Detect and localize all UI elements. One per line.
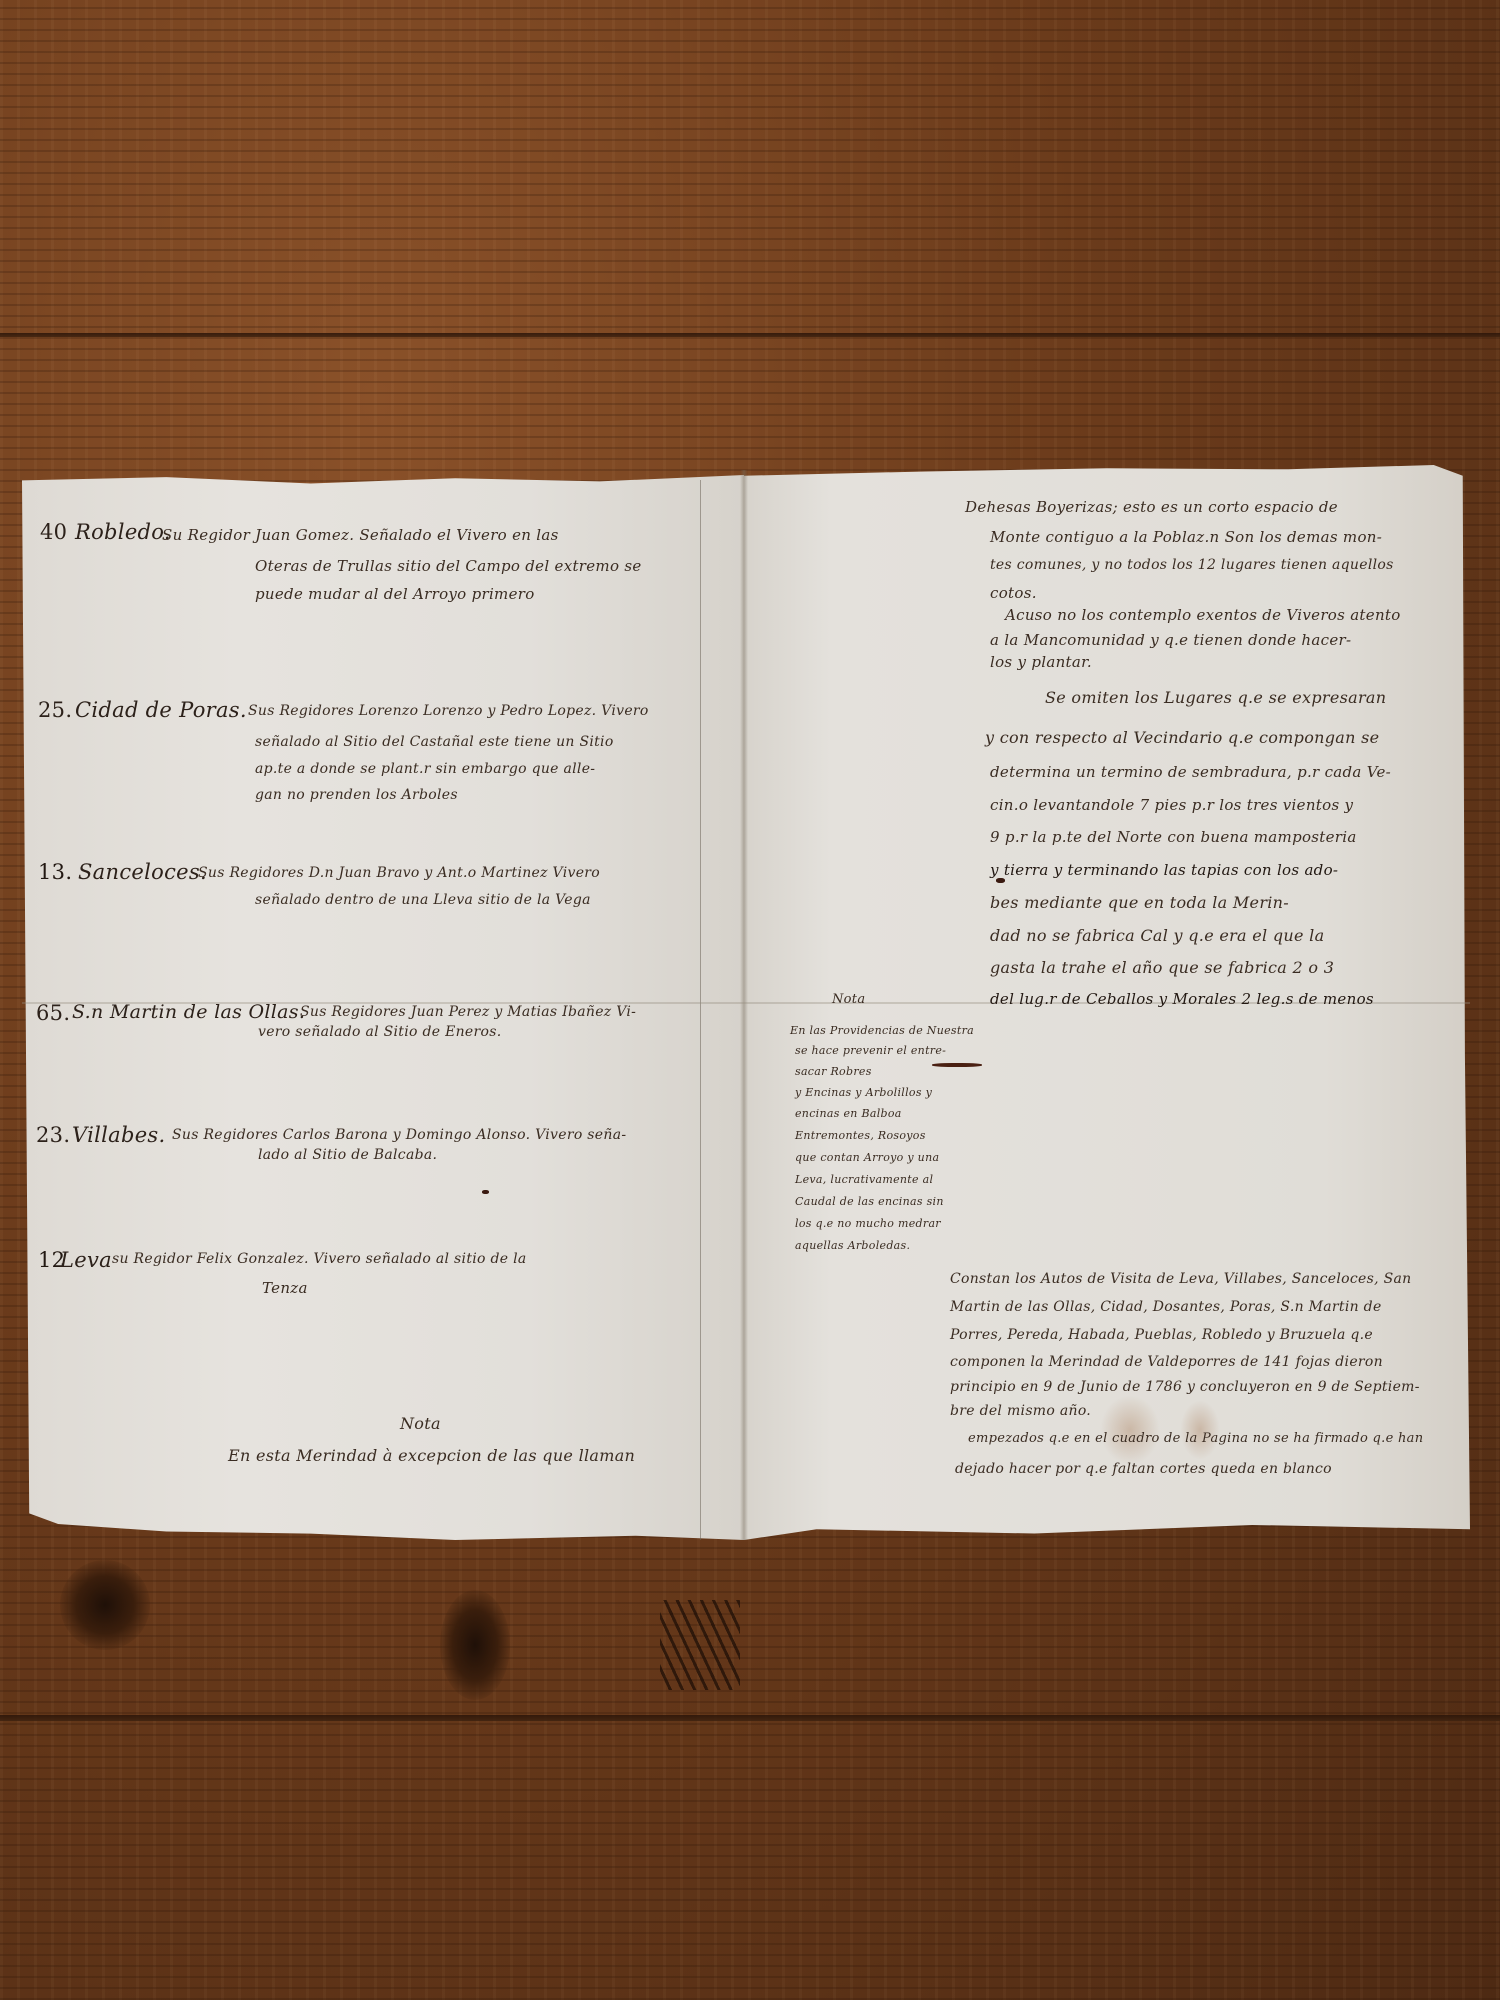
- wood-plank-seam: [0, 333, 1500, 337]
- nota-line: En esta Merindad à excepcion de las que …: [228, 1448, 635, 1464]
- text-line: Dehesas Boyerizas; esto es un corto espa…: [965, 500, 1338, 515]
- entry-number: 25.: [38, 700, 72, 721]
- entry-line: gan no prenden los Arboles: [255, 788, 458, 802]
- text-line: gasta la trahe el año que se fabrica 2 o…: [990, 960, 1334, 976]
- wood-knot: [60, 1560, 150, 1650]
- nota-heading: Nota: [400, 1416, 441, 1432]
- ink-blot: [996, 878, 1005, 883]
- wood-plank-seam: [0, 1715, 1500, 1721]
- entry-line: lado al Sitio de Balcaba.: [258, 1148, 437, 1162]
- entry-line: su Regidor Felix Gonzalez. Vivero señala…: [112, 1252, 527, 1266]
- entry-place: Robledo.: [75, 522, 171, 543]
- text-line: Se omiten los Lugares q.e se expresaran: [1045, 690, 1386, 706]
- side-note-line: Entremontes, Rosoyos: [795, 1130, 926, 1141]
- entry-place: Villabes.: [72, 1125, 166, 1146]
- entry-line: Sus Regidores D.n Juan Bravo y Ant.o Mar…: [198, 866, 600, 880]
- text-line: los y plantar.: [990, 655, 1092, 670]
- entry-line: Sus Regidores Juan Perez y Matias Ibañez…: [300, 1005, 636, 1019]
- text-line: tes comunes, y no todos los 12 lugares t…: [990, 558, 1394, 572]
- entry-line: Su Regidor Juan Gomez. Señalado el Viver…: [162, 528, 559, 543]
- text-line: dad no se fabrica Cal y q.e era el que l…: [990, 928, 1324, 944]
- text-line: determina un termino de sembradura, p.r …: [990, 765, 1391, 780]
- entry-place: S.n Martin de las Ollas.: [72, 1003, 305, 1022]
- entry-line: ap.te a donde se plant.r sin embargo que…: [255, 762, 595, 776]
- entry-line: Oteras de Trullas sitio del Campo del ex…: [255, 559, 642, 574]
- text-line: bes mediante que en toda la Merin-: [990, 895, 1289, 911]
- margin-rule: [700, 480, 701, 1540]
- text-line: Monte contiguo a la Poblaz.n Son los dem…: [990, 530, 1382, 545]
- text-line: principio en 9 de Junio de 1786 y conclu…: [950, 1380, 1420, 1394]
- side-note-line: y Encinas y Arbolillos y: [795, 1087, 932, 1098]
- entry-line: Sus Regidores Carlos Barona y Domingo Al…: [172, 1128, 626, 1142]
- entry-number: 13.: [38, 862, 72, 883]
- entry-place: Cidad de Poras.: [75, 700, 247, 721]
- side-note-line: Caudal de las encinas sin: [795, 1196, 944, 1207]
- text-line: Constan los Autos de Visita de Leva, Vil…: [950, 1272, 1411, 1286]
- entry-line: puede mudar al del Arroyo primero: [255, 587, 535, 602]
- side-note-line: se hace prevenir el entre-: [795, 1045, 946, 1056]
- paper-stain: [1100, 1395, 1160, 1465]
- side-note-line: encinas en Balboa: [795, 1108, 902, 1119]
- text-line: y con respecto al Vecindario q.e compong…: [985, 730, 1379, 746]
- side-note-line: sacar Robres: [795, 1066, 872, 1077]
- entry-place: Sanceloces.: [78, 862, 207, 883]
- entry-line: señalado dentro de una Lleva sitio de la…: [255, 893, 591, 907]
- text-line: empezados q.e en el cuadro de la Pagina …: [968, 1432, 1423, 1445]
- ink-blot: [482, 1190, 489, 1194]
- side-note-line: los q.e no mucho medrar: [795, 1218, 941, 1229]
- side-note-line: Leva, lucrativamente al: [795, 1174, 933, 1185]
- text-line: Porres, Pereda, Habada, Pueblas, Robledo…: [950, 1328, 1373, 1342]
- side-note-line: aquellas Arboledas.: [795, 1240, 910, 1251]
- entry-number: 23.: [36, 1125, 70, 1146]
- entry-line: vero señalado al Sitio de Eneros.: [258, 1025, 501, 1039]
- side-note-line: En las Providencias de Nuestra: [790, 1025, 974, 1036]
- text-line: y tierra y terminando las tapias con los…: [990, 863, 1338, 878]
- entry-line: Sus Regidores Lorenzo Lorenzo y Pedro Lo…: [248, 704, 649, 718]
- wood-knot: [440, 1590, 510, 1700]
- text-line: 9 p.r la p.te del Norte con buena mampos…: [990, 830, 1357, 845]
- entry-number: 40: [40, 522, 67, 543]
- text-line: bre del mismo año.: [950, 1404, 1091, 1418]
- entry-number: 65.: [36, 1003, 70, 1024]
- entry-line: Tenza: [262, 1281, 308, 1296]
- text-line: dejado hacer por q.e faltan cortes queda…: [955, 1462, 1332, 1476]
- text-line: componen la Merindad de Valdeporres de 1…: [950, 1355, 1383, 1369]
- book-spine-fold: [740, 470, 748, 1540]
- entry-line: señalado al Sitio del Castañal este tien…: [255, 735, 614, 749]
- text-line: Martin de las Ollas, Cidad, Dosantes, Po…: [950, 1300, 1382, 1314]
- text-line: Acuso no los contemplo exentos de Vivero…: [1005, 608, 1401, 623]
- paper-stain: [1180, 1400, 1220, 1460]
- side-note-line: que contan Arroyo y una: [795, 1152, 939, 1163]
- ink-strikethrough: [932, 1063, 982, 1067]
- side-note-heading: Nota: [832, 993, 865, 1006]
- text-line: del lug.r de Ceballos y Morales 2 leg.s …: [990, 992, 1374, 1007]
- wood-scratches: [660, 1600, 740, 1690]
- text-line: cotos.: [990, 586, 1037, 601]
- entry-place: Leva: [60, 1250, 112, 1271]
- text-line: a la Mancomunidad y q.e tienen donde hac…: [990, 633, 1351, 648]
- text-line: cin.o levantandole 7 pies p.r los tres v…: [990, 798, 1353, 813]
